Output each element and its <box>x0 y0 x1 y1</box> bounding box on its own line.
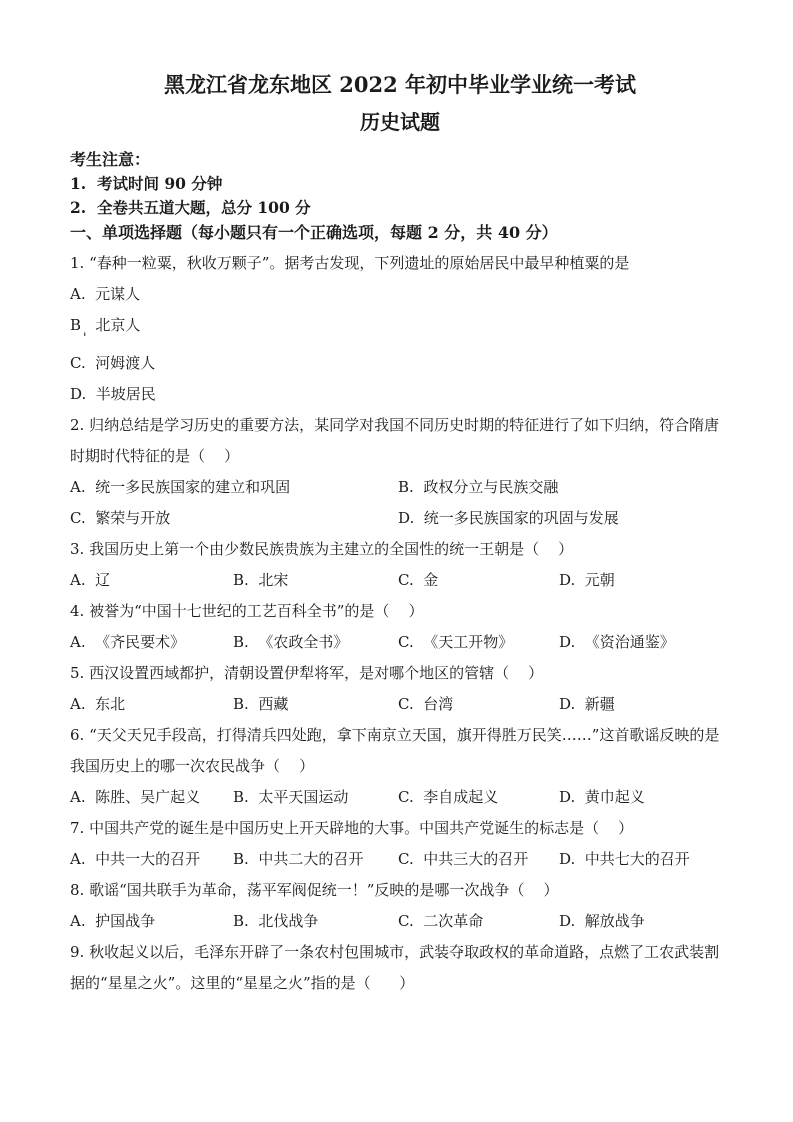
stray-mark: ' <box>83 333 87 345</box>
question-3-option-a: A. 辽 <box>70 565 110 596</box>
question-5-option-d: D. 新疆 <box>559 689 615 720</box>
question-5-option-c: C. 台湾 <box>398 689 453 720</box>
question-1-option-b-text: B 北京人 <box>70 316 140 334</box>
question-2-option-b: B. 政权分立与民族交融 <box>398 472 558 503</box>
question-5-options: A. 东北 B. 西藏 C. 台湾 D. 新疆 <box>70 689 730 720</box>
question-6-option-a: A. 陈胜、吴广起义 <box>70 782 200 813</box>
question-7-options: A. 中共一大的召开 B. 中共二大的召开 C. 中共三大的召开 D. 中共七大… <box>70 844 730 875</box>
exam-subtitle: 历史试题 <box>70 110 730 134</box>
question-8-stem: 8. 歌谣“国共联手为革命，荡平军阀促统一！”反映的是哪一次战争（ ） <box>70 875 730 906</box>
question-4-option-d: D. 《资治通鉴》 <box>559 627 675 658</box>
notice-heading: 考生注意： <box>70 148 730 172</box>
question-2-options-row-2: C. 繁荣与开放 D. 统一多民族国家的巩固与发展 <box>70 503 730 534</box>
page-title: 黑龙江省龙东地区 2022 年初中毕业学业统一考试 <box>70 0 730 97</box>
document-page: 黑龙江省龙东地区 2022 年初中毕业学业统一考试 历史试题 考生注意： 1. … <box>0 0 793 1122</box>
document-content: 黑龙江省龙东地区 2022 年初中毕业学业统一考试 历史试题 考生注意： 1. … <box>70 0 730 999</box>
question-5-option-b: B. 西藏 <box>233 689 288 720</box>
question-4-stem: 4. 被誉为“中国十七世纪的工艺百科全书”的是（ ） <box>70 596 730 627</box>
question-7-option-d: D. 中共七大的召开 <box>559 844 690 875</box>
notice-block: 考生注意： 1. 考试时间 90 分钟 2. 全卷共五道大题，总分 100 分 <box>70 148 730 220</box>
question-6-option-d: D. 黄巾起义 <box>559 782 645 813</box>
question-2-options-row-1: A. 统一多民族国家的建立和巩固 B. 政权分立与民族交融 <box>70 472 730 503</box>
question-8-option-c: C. 二次革命 <box>398 906 483 937</box>
question-8-option-a: A. 护国战争 <box>70 906 155 937</box>
question-3-stem: 3. 我国历史上第一个由少数民族贵族为主建立的全国性的统一王朝是（ ） <box>70 534 730 565</box>
question-5-option-a: A. 东北 <box>70 689 125 720</box>
question-7-option-b: B. 中共二大的召开 <box>233 844 363 875</box>
question-3-options: A. 辽 B. 北宋 C. 金 D. 元朝 <box>70 565 730 596</box>
notice-item-exam-time: 1. 考试时间 90 分钟 <box>70 172 730 196</box>
question-2-option-c: C. 繁荣与开放 <box>70 503 170 534</box>
notice-item-total-score: 2. 全卷共五道大题，总分 100 分 <box>70 196 730 220</box>
question-1-stem: 1. “春种一粒粟，秋收万颗子”。据考古发现，下列遗址的原始居民中最早种植粟的是 <box>70 248 730 279</box>
question-6-stem: 6. “天父天兄手段高，打得清兵四处跑，拿下南京立天国，旗开得胜万民笑……”这首… <box>70 720 730 782</box>
question-6-option-c: C. 李自成起义 <box>398 782 498 813</box>
question-6-options: A. 陈胜、吴广起义 B. 太平天国运动 C. 李自成起义 D. 黄巾起义 <box>70 782 730 813</box>
question-2-option-a: A. 统一多民族国家的建立和巩固 <box>70 472 290 503</box>
question-7-option-c: C. 中共三大的召开 <box>398 844 528 875</box>
question-8-options: A. 护国战争 B. 北伐战争 C. 二次革命 D. 解放战争 <box>70 906 730 937</box>
question-8-option-d: D. 解放战争 <box>559 906 645 937</box>
questions-block: 1. “春种一粒粟，秋收万颗子”。据考古发现，下列遗址的原始居民中最早种植粟的是… <box>70 248 730 999</box>
question-1-option-a: A. 元谋人 <box>70 279 730 310</box>
question-8-option-b: B. 北伐战争 <box>233 906 318 937</box>
question-4-option-b: B. 《农政全书》 <box>233 627 348 658</box>
question-1-option-d: D. 半坡居民 <box>70 379 730 410</box>
question-4-option-a: A. 《齐民要术》 <box>70 627 185 658</box>
question-3-option-c: C. 金 <box>398 565 438 596</box>
question-5-stem: 5. 西汉设置西域都护，清朝设置伊犁将军，是对哪个地区的管辖（ ） <box>70 658 730 689</box>
question-3-option-d: D. 元朝 <box>559 565 615 596</box>
question-3-option-b: B. 北宋 <box>233 565 288 596</box>
question-2-stem: 2. 归纳总结是学习历史的重要方法，某同学对我国不同历史时期的特征进行了如下归纳… <box>70 410 730 472</box>
question-4-option-c: C. 《天工开物》 <box>398 627 513 658</box>
question-7-option-a: A. 中共一大的召开 <box>70 844 200 875</box>
question-9-stem: 9. 秋收起义以后，毛泽东开辟了一条农村包围城市，武装夺取政权的革命道路，点燃了… <box>70 937 730 999</box>
question-1-option-c: C. 河姆渡人 <box>70 348 730 379</box>
question-1-option-b: B 北京人' <box>70 310 730 348</box>
question-6-option-b: B. 太平天国运动 <box>233 782 348 813</box>
question-2-option-d: D. 统一多民族国家的巩固与发展 <box>398 503 619 534</box>
question-4-options: A. 《齐民要术》 B. 《农政全书》 C. 《天工开物》 D. 《资治通鉴》 <box>70 627 730 658</box>
question-7-stem: 7. 中国共产党的诞生是中国历史上开天辟地的大事。中国共产党诞生的标志是（ ） <box>70 813 730 844</box>
section-heading: 一、单项选择题（每小题只有一个正确选项，每题 2 分，共 40 分） <box>70 220 730 246</box>
